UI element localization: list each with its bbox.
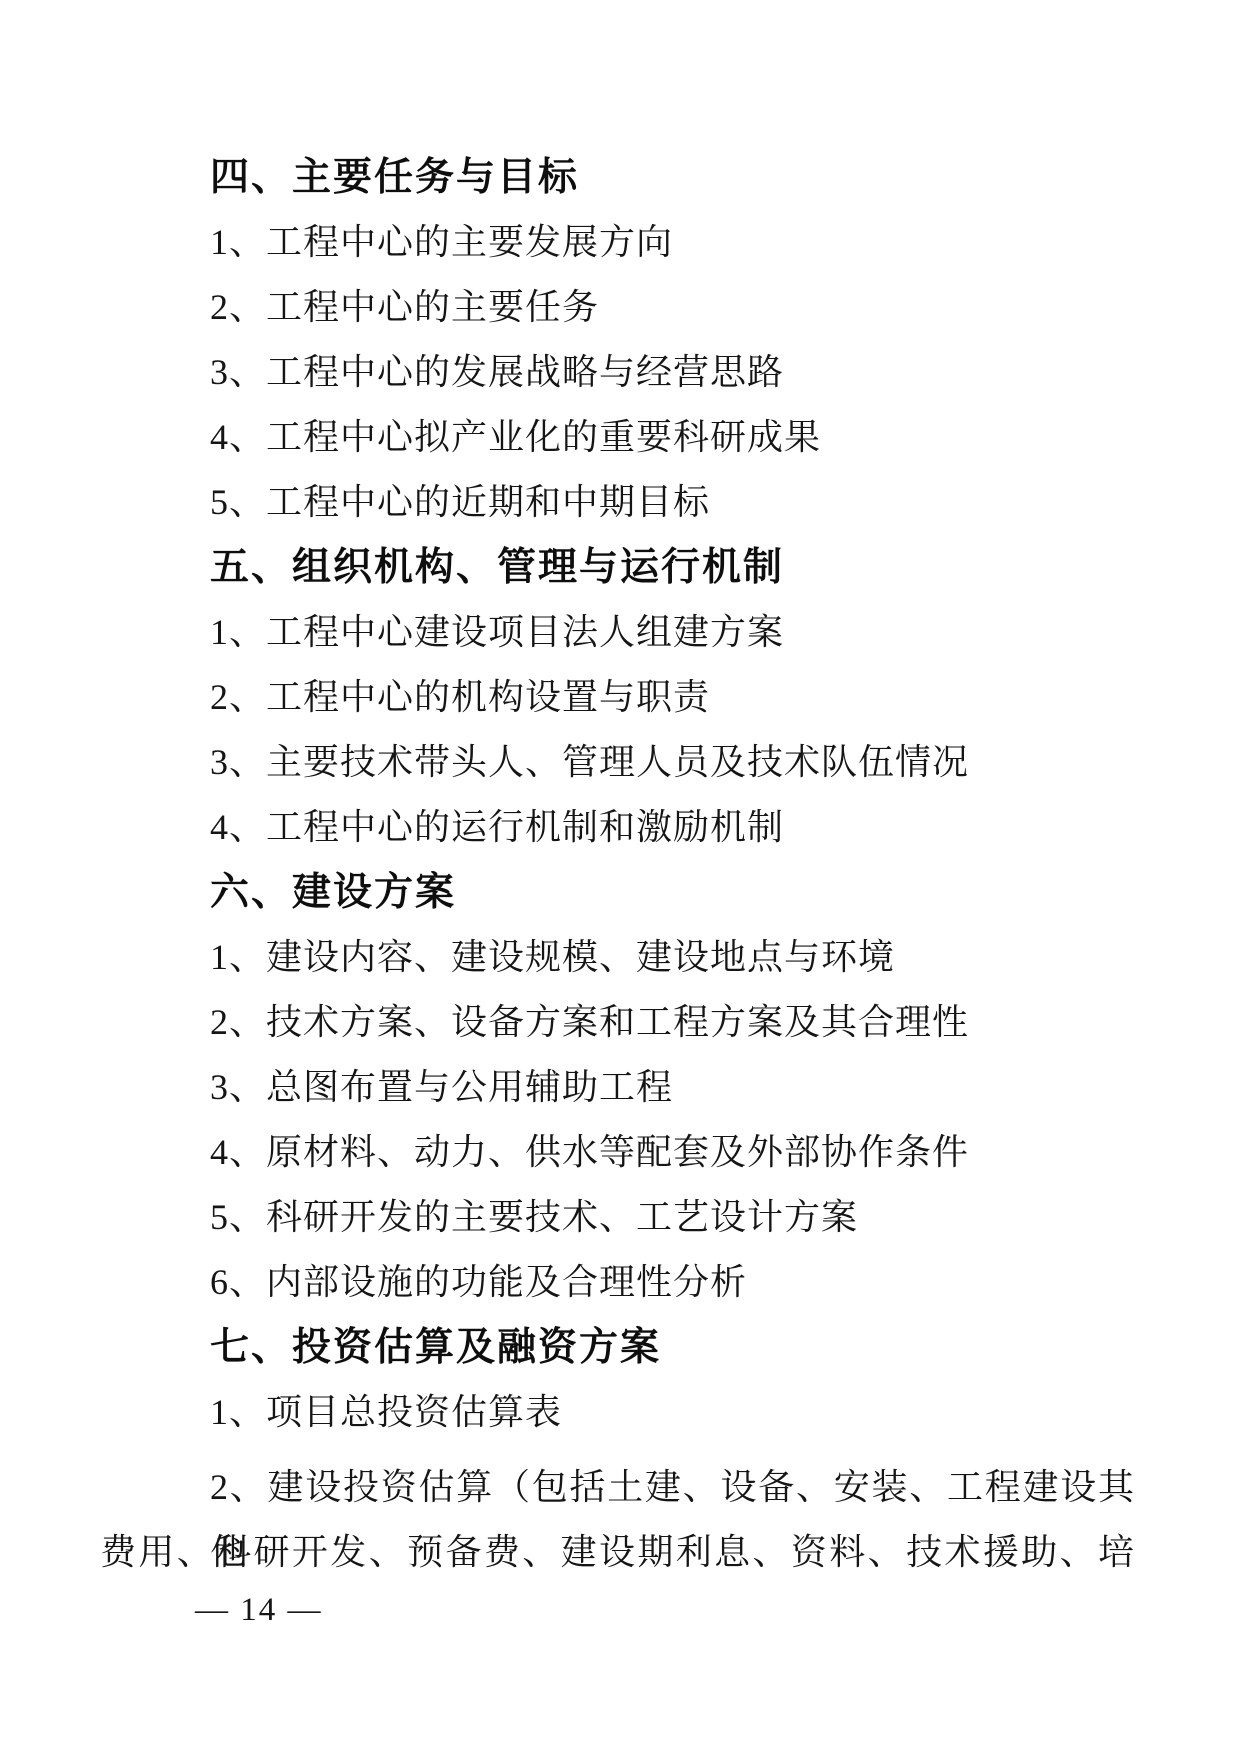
- outline-item: 1、建设内容、建设规模、建设地点与环境: [100, 925, 1135, 990]
- outline-item: 1、工程中心建设项目法人组建方案: [100, 600, 1135, 665]
- outline-item: 4、工程中心拟产业化的重要科研成果: [100, 405, 1135, 470]
- page-number: — 14 —: [100, 1585, 1135, 1635]
- paragraph-line: 2、建设投资估算（包括土建、设备、安装、工程建设其他: [100, 1455, 1135, 1520]
- section-heading: 七、投资估算及融资方案: [100, 1315, 1135, 1380]
- outline-item: 4、原材料、动力、供水等配套及外部协作条件: [100, 1120, 1135, 1185]
- outline-item: 1、项目总投资估算表: [100, 1380, 1135, 1445]
- section-heading: 四、主要任务与目标: [100, 145, 1135, 210]
- outline-item: 3、主要技术带头人、管理人员及技术队伍情况: [100, 730, 1135, 795]
- outline-item: 3、工程中心的发展战略与经营思路: [100, 340, 1135, 405]
- outline-item: 5、科研开发的主要技术、工艺设计方案: [100, 1185, 1135, 1250]
- outline-item: 3、总图布置与公用辅助工程: [100, 1055, 1135, 1120]
- outline-item: 6、内部设施的功能及合理性分析: [100, 1250, 1135, 1315]
- outline-item: 1、工程中心的主要发展方向: [100, 210, 1135, 275]
- outline-item: 2、技术方案、设备方案和工程方案及其合理性: [100, 990, 1135, 1055]
- outline-item: 2、工程中心的主要任务: [100, 275, 1135, 340]
- section-heading: 五、组织机构、管理与运行机制: [100, 535, 1135, 600]
- section-heading: 六、建设方案: [100, 860, 1135, 925]
- document-page: 四、主要任务与目标 1、工程中心的主要发展方向 2、工程中心的主要任务 3、工程…: [0, 0, 1241, 1755]
- outline-item: 5、工程中心的近期和中期目标: [100, 470, 1135, 535]
- outline-item: 4、工程中心的运行机制和激励机制: [100, 795, 1135, 860]
- paragraph-line: 费用、科研开发、预备费、建设期利息、资料、技术援助、培: [100, 1520, 1135, 1585]
- outline-item: 2、工程中心的机构设置与职责: [100, 665, 1135, 730]
